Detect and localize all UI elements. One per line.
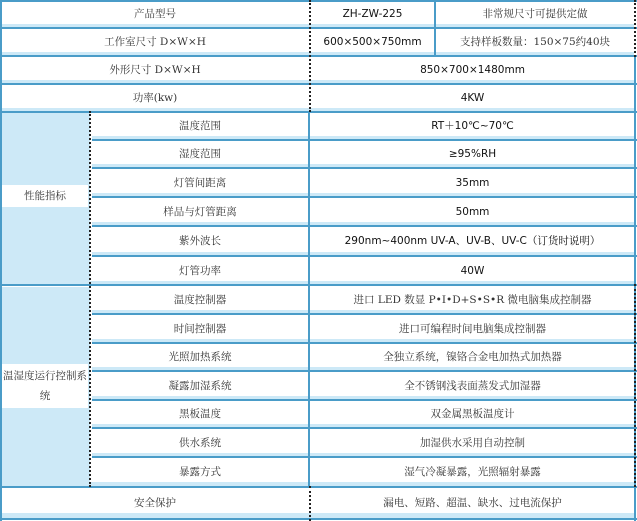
row-label: 暴露方式 [92, 459, 308, 484]
value-chamber-size: 600×500×750mm [311, 30, 434, 54]
column-line [308, 111, 310, 487]
table-left-border [0, 0, 2, 521]
row-value: 加湿供水采用自动控制 [311, 430, 634, 455]
row-value: 进口 LED 数显 P•I•D+S•S•R 微电脑集成控制器 [311, 288, 634, 312]
row-label: 温度范围 [92, 114, 308, 138]
row-label: 紫外波长 [92, 228, 308, 253]
label-chamber-size: 工作室尺寸 D×W×H [2, 30, 308, 54]
row-label: 湿度范围 [92, 142, 308, 166]
row-label: 灯管功率 [92, 258, 308, 283]
row-label: 时间控制器 [92, 316, 308, 341]
row-line [0, 0, 637, 2]
note-sample-capacity: 支持样板数量：150×75约40块 [436, 30, 634, 54]
row-value: RT＋10℃~70℃ [311, 114, 634, 138]
row-value: 双金属黑板温度计 [311, 402, 634, 426]
row-value: 40W [311, 258, 634, 283]
row-line [92, 370, 637, 372]
row-line [0, 27, 637, 29]
row-label: 黑板温度 [92, 402, 308, 426]
group-label-performance: 性能指标 [2, 185, 88, 207]
dotted-right-border [634, 284, 636, 487]
row-line [92, 196, 637, 198]
row-value: 进口可编程时间电脑集成控制器 [311, 316, 634, 341]
dotted-right-border [634, 0, 636, 57]
row-value: 290nm~400nm UV-A、UV-B、UV-C（订货时说明） [311, 228, 634, 253]
group-label-control-system: 温湿度运行控制系统 [2, 364, 88, 408]
row-value: 35mm [311, 170, 634, 195]
row-line [92, 225, 637, 227]
row-line [92, 399, 637, 401]
note-custom-size: 非常规尺寸可提供定做 [436, 2, 634, 26]
label-model: 产品型号 [2, 2, 308, 26]
row-value: 湿气冷凝暴露，光照辐射暴露 [311, 459, 634, 484]
value-outer-size: 850×700×1480mm [311, 57, 634, 82]
dotted-group-line [89, 111, 91, 487]
row-label: 样品与灯管距离 [92, 199, 308, 224]
row-line [0, 111, 637, 113]
row-value: 全独立系统，镍铬合金电加热式加热器 [311, 345, 634, 369]
row-value: ≥95%RH [311, 142, 634, 166]
row-line [0, 83, 637, 85]
value-safety-protection: 漏电、短路、超温、缺水、过电流保护 [311, 490, 634, 515]
row-label: 光照加热系统 [92, 345, 308, 369]
label-safety-protection: 安全保护 [2, 490, 308, 515]
row-line [0, 55, 637, 57]
row-line [92, 313, 637, 315]
row-label: 供水系统 [92, 430, 308, 455]
value-model: ZH-ZW-225 [311, 2, 434, 26]
label-outer-size: 外形尺寸 D×W×H [2, 57, 308, 82]
row-line [92, 342, 637, 344]
row-line [92, 255, 637, 257]
row-label: 温度控制器 [92, 288, 308, 312]
row-line [92, 427, 637, 429]
row-label: 凝露加湿系统 [92, 373, 308, 398]
row-value: 50mm [311, 199, 634, 224]
row-line [0, 518, 637, 520]
label-power: 功率(kw) [2, 86, 308, 110]
value-power: 4KW [311, 86, 634, 110]
spec-table: 产品型号 ZH-ZW-225 非常规尺寸可提供定做 工作室尺寸 D×W×H 60… [0, 0, 637, 521]
row-line [92, 167, 637, 169]
column-line [434, 0, 436, 57]
row-line [92, 456, 637, 458]
dotted-column-line [309, 486, 311, 521]
row-label: 灯管间距离 [92, 170, 308, 195]
row-value: 全不锈钢浅表面蒸发式加湿器 [311, 373, 634, 398]
row-line [0, 486, 637, 488]
dotted-column-line [309, 0, 311, 112]
row-line [0, 284, 637, 286]
row-line [92, 139, 637, 141]
